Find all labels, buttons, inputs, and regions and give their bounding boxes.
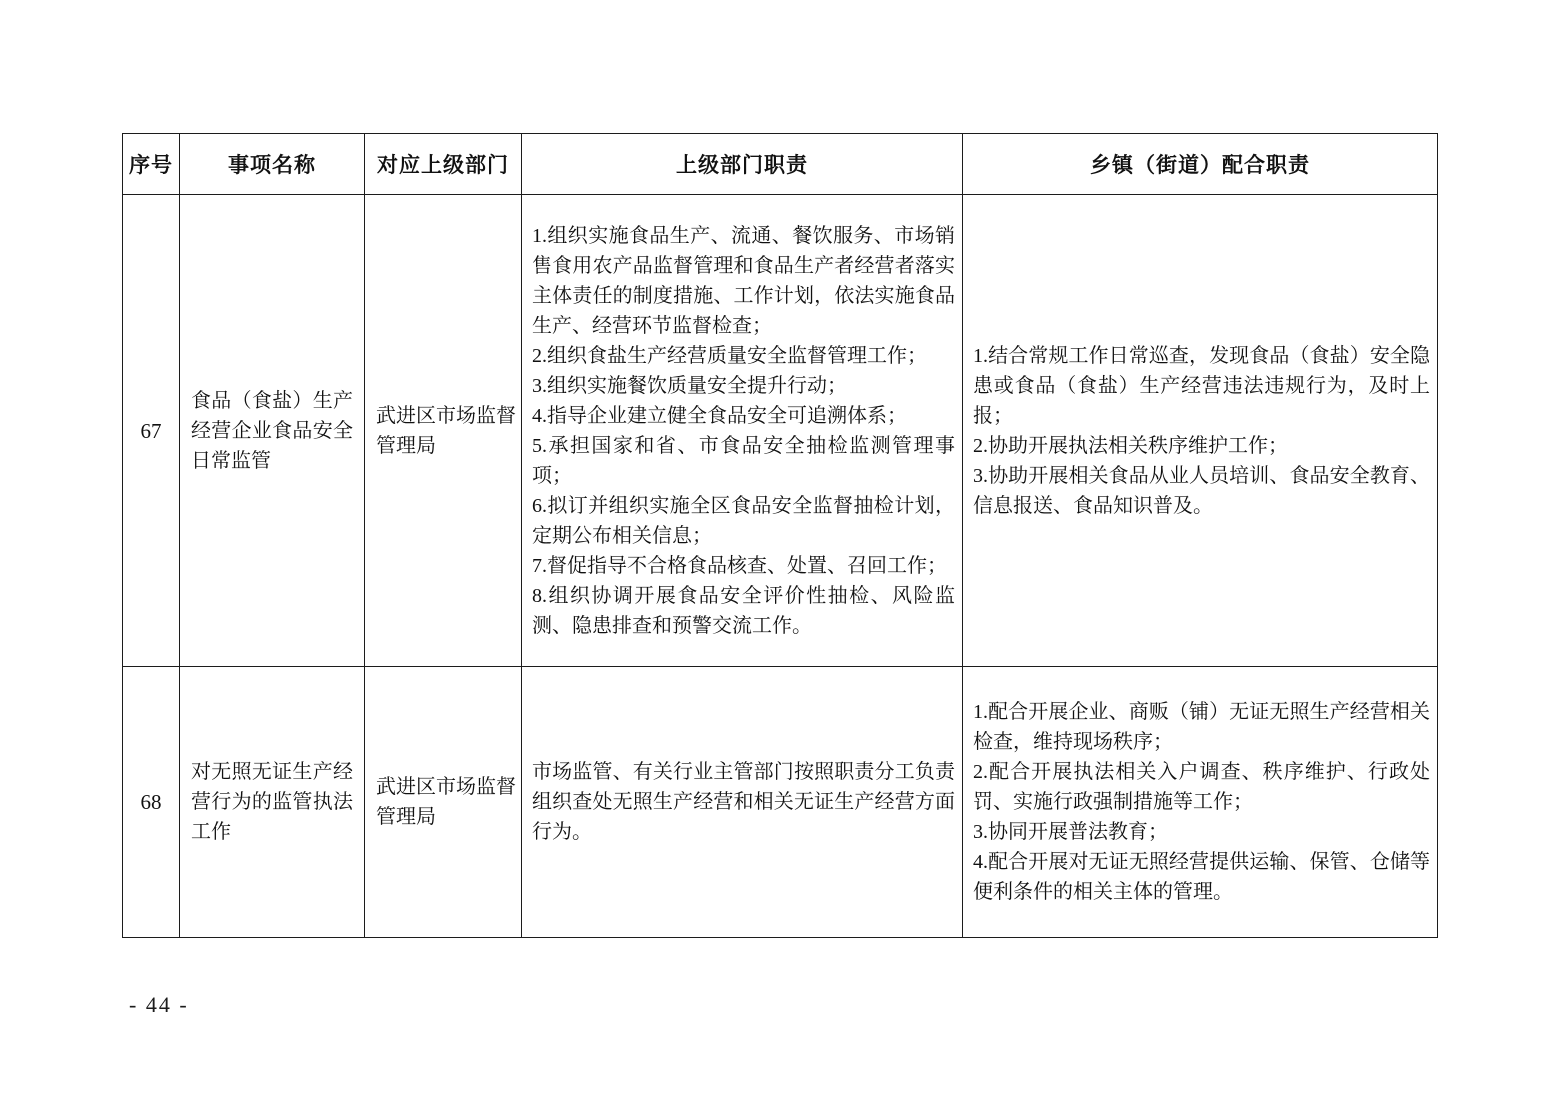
header-row: 序号 事项名称 对应上级部门 上级部门职责 乡镇（街道）配合职责 [123,134,1438,195]
seq-no-cell: 68 [123,667,180,938]
superior-duties-cell: 1.组织实施食品生产、流通、餐饮服务、市场销售食用农产品监督管理和食品生产者经营… [522,195,963,667]
header-cell-superior-department: 对应上级部门 [365,134,522,195]
duty-paragraph: 1.配合开展企业、商贩（铺）无证无照生产经营相关检查，维持现场秩序； [973,697,1430,757]
duty-paragraph: 1.组织实施食品生产、流通、餐饮服务、市场销售食用农产品监督管理和食品生产者经营… [532,221,955,341]
header-cell-seq-no: 序号 [123,134,180,195]
document-page: 序号 事项名称 对应上级部门 上级部门职责 乡镇（街道）配合职责 67 食品（食… [0,0,1559,1102]
duty-paragraph: 5.承担国家和省、市食品安全抽检监测管理事项； [532,431,955,491]
department-cell: 武进区市场监督管理局 [365,667,522,938]
duty-paragraph: 6.拟订并组织实施全区食品安全监督抽检计划，定期公布相关信息； [532,491,955,551]
duty-paragraph: 2.协助开展执法相关秩序维护工作； [973,431,1430,461]
duty-paragraph: 2.配合开展执法相关入户调查、秩序维护、行政处罚、实施行政强制措施等工作； [973,757,1430,817]
duty-paragraph: 3.协同开展普法教育； [973,817,1430,847]
table-header: 序号 事项名称 对应上级部门 上级部门职责 乡镇（街道）配合职责 [123,134,1438,195]
township-duties-cell: 1.配合开展企业、商贩（铺）无证无照生产经营相关检查，维持现场秩序； 2.配合开… [963,667,1438,938]
superior-duties-cell: 市场监管、有关行业主管部门按照职责分工负责组织查处无照生产经营和相关无证生产经营… [522,667,963,938]
township-duties-cell: 1.结合常规工作日常巡查，发现食品（食盐）安全隐患或食品（食盐）生产经营违法违规… [963,195,1438,667]
header-cell-item-name: 事项名称 [180,134,365,195]
header-cell-superior-duties: 上级部门职责 [522,134,963,195]
table-row-67: 67 食品（食盐）生产经营企业食品安全日常监管 武进区市场监督管理局 1.组织实… [123,195,1438,667]
duty-paragraph: 4.配合开展对无证无照经营提供运输、保管、仓储等便利条件的相关主体的管理。 [973,847,1430,907]
table-row-68: 68 对无照无证生产经营行为的监管执法工作 武进区市场监督管理局 市场监管、有关… [123,667,1438,938]
duty-paragraph: 1.结合常规工作日常巡查，发现食品（食盐）安全隐患或食品（食盐）生产经营违法违规… [973,341,1430,431]
item-name-cell: 食品（食盐）生产经营企业食品安全日常监管 [180,195,365,667]
seq-no-cell: 67 [123,195,180,667]
duty-paragraph: 7.督促指导不合格食品核查、处置、召回工作； [532,551,955,581]
header-cell-township-duties: 乡镇（街道）配合职责 [963,134,1438,195]
duty-paragraph: 3.协助开展相关食品从业人员培训、食品安全教育、信息报送、食品知识普及。 [973,461,1430,521]
department-cell: 武进区市场监督管理局 [365,195,522,667]
duty-paragraph: 4.指导企业建立健全食品安全可追溯体系； [532,401,955,431]
duty-paragraph: 市场监管、有关行业主管部门按照职责分工负责组织查处无照生产经营和相关无证生产经营… [532,757,955,847]
duty-paragraph: 3.组织实施餐饮质量安全提升行动； [532,371,955,401]
item-name-cell: 对无照无证生产经营行为的监管执法工作 [180,667,365,938]
duty-paragraph: 2.组织食盐生产经营质量安全监督管理工作； [532,341,955,371]
duty-paragraph: 8.组织协调开展食品安全评价性抽检、风险监测、隐患排查和预警交流工作。 [532,581,955,641]
table-body: 67 食品（食盐）生产经营企业食品安全日常监管 武进区市场监督管理局 1.组织实… [123,195,1438,938]
responsibility-table: 序号 事项名称 对应上级部门 上级部门职责 乡镇（街道）配合职责 67 食品（食… [122,133,1438,938]
page-number: - 44 - [129,992,189,1018]
